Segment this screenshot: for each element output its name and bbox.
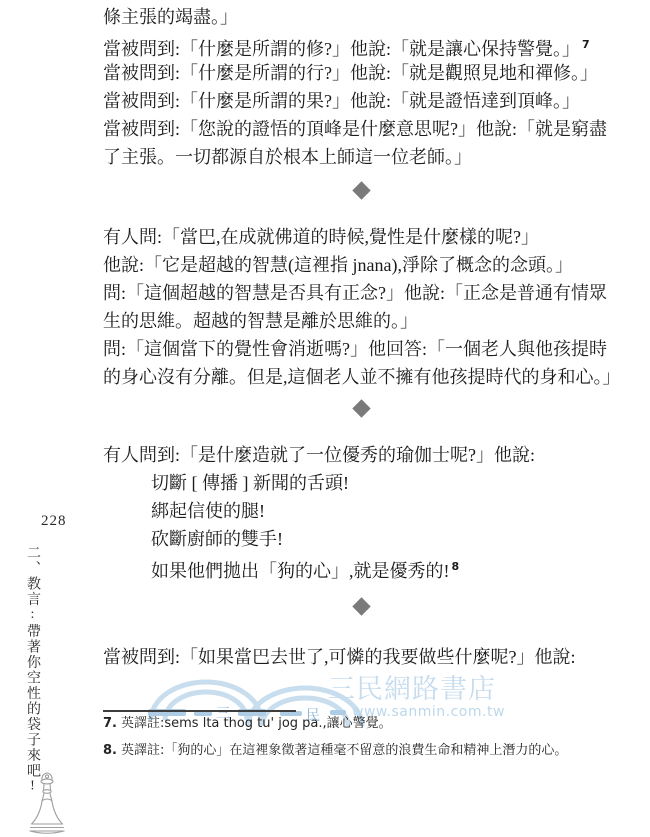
- text-line: 有人問到:「是什麼造就了一位優秀的瑜伽士呢?」他說:: [103, 441, 649, 469]
- footnote-number: 7.: [103, 716, 117, 731]
- text-section: 有人問到:「是什麼造就了一位優秀的瑜伽士呢?」他說:切斷 [ 傳播 ] 新聞的舌…: [103, 441, 649, 581]
- page-number: 228: [41, 513, 67, 530]
- diamond-separator-icon: [352, 399, 370, 417]
- sanmin-logo-icon: 三 民: [148, 674, 408, 749]
- text-line: 如果他們拋出「狗的心」,就是優秀的!8: [103, 553, 649, 581]
- diamond-separator-icon: [352, 181, 370, 199]
- text-line: 生的思維。超越的智慧是離於思維的。」: [103, 307, 649, 335]
- text-line: 問:「這個當下的覺性會消逝嗎?」他回答:「一個老人與他孩提時: [103, 335, 649, 363]
- text-line: 當被問到:「什麼是所謂的修?」他說:「就是讓心保持警覺。」7: [103, 31, 649, 59]
- text-line: 的身心沒有分離。但是,這個老人並不擁有他孩提時代的身和心。」: [103, 363, 649, 391]
- footnote-number: 8.: [103, 743, 117, 758]
- text-line: 切斷 [ 傳播 ] 新聞的舌頭!: [103, 469, 649, 497]
- text-section: 條主張的竭盡。」當被問到:「什麼是所謂的修?」他說:「就是讓心保持警覺。」7當被…: [103, 3, 649, 171]
- text-line: 當被問到:「如果當巴去世了,可憐的我要做些什麼呢?」他說:: [103, 643, 649, 671]
- text-line: 當被問到:「您說的證悟的頂峰是什麼意思呢?」他說:「就是窮盡: [103, 115, 649, 143]
- footnote-7: 7.英譯註:sems lta thog tu' jog pa.,讓心警覺。: [103, 716, 392, 732]
- footnote-text: 英譯註:「狗的心」在這裡象徵著這種毫不留意的浪費生命和精神上潛力的心。: [121, 743, 567, 758]
- text-line: 他說:「它是超越的智慧(這裡指 jnana),淨除了概念的念頭。」: [103, 251, 649, 279]
- footnote-reference: 8: [452, 560, 460, 573]
- diamond-separator-icon: [352, 597, 370, 615]
- text-line: 條主張的竭盡。」: [103, 3, 649, 31]
- watermark-store-name: 三民網路書店: [328, 674, 496, 704]
- chapter-side-title: 二、教言:帶著你空性的袋子來吧!: [22, 545, 42, 795]
- text-line: 有人問:「當巴,在成就佛道的時候,覺性是什麼樣的呢?」: [103, 223, 649, 251]
- text-line: 了主張。一切都源自於根本上師這一位老師。」: [103, 143, 649, 171]
- text-line: 砍斷廚師的雙手!: [103, 525, 649, 553]
- text-line: 綁起信使的腿!: [103, 497, 649, 525]
- footnote-separator-rule: [103, 710, 296, 712]
- text-line: 當被問到:「什麼是所謂的行?」他說:「就是觀照見地和禪修。」: [103, 59, 649, 87]
- ritual-bell-icon: [26, 771, 68, 837]
- book-page: 三 民 三民網路書店 www.sanmin.com.tw 條主張的竭盡。」當被問…: [0, 0, 650, 837]
- footnote-text: 英譯註:sems lta thog tu' jog pa.,讓心警覺。: [121, 716, 392, 731]
- footnote-8: 8.英譯註:「狗的心」在這裡象徵著這種毫不留意的浪費生命和精神上潛力的心。: [103, 743, 567, 759]
- text-line: 當被問到:「什麼是所謂的果?」他說:「就是證悟達到頂峰。」: [103, 87, 649, 115]
- text-section: 當被問到:「如果當巴去世了,可憐的我要做些什麼呢?」他說:: [103, 643, 649, 671]
- footnote-reference: 7: [582, 38, 590, 51]
- text-section: 有人問:「當巴,在成就佛道的時候,覺性是什麼樣的呢?」他說:「它是超越的智慧(這…: [103, 223, 649, 391]
- text-line: 問:「這個超越的智慧是否具有正念?」他說:「正念是普通有情眾: [103, 279, 649, 307]
